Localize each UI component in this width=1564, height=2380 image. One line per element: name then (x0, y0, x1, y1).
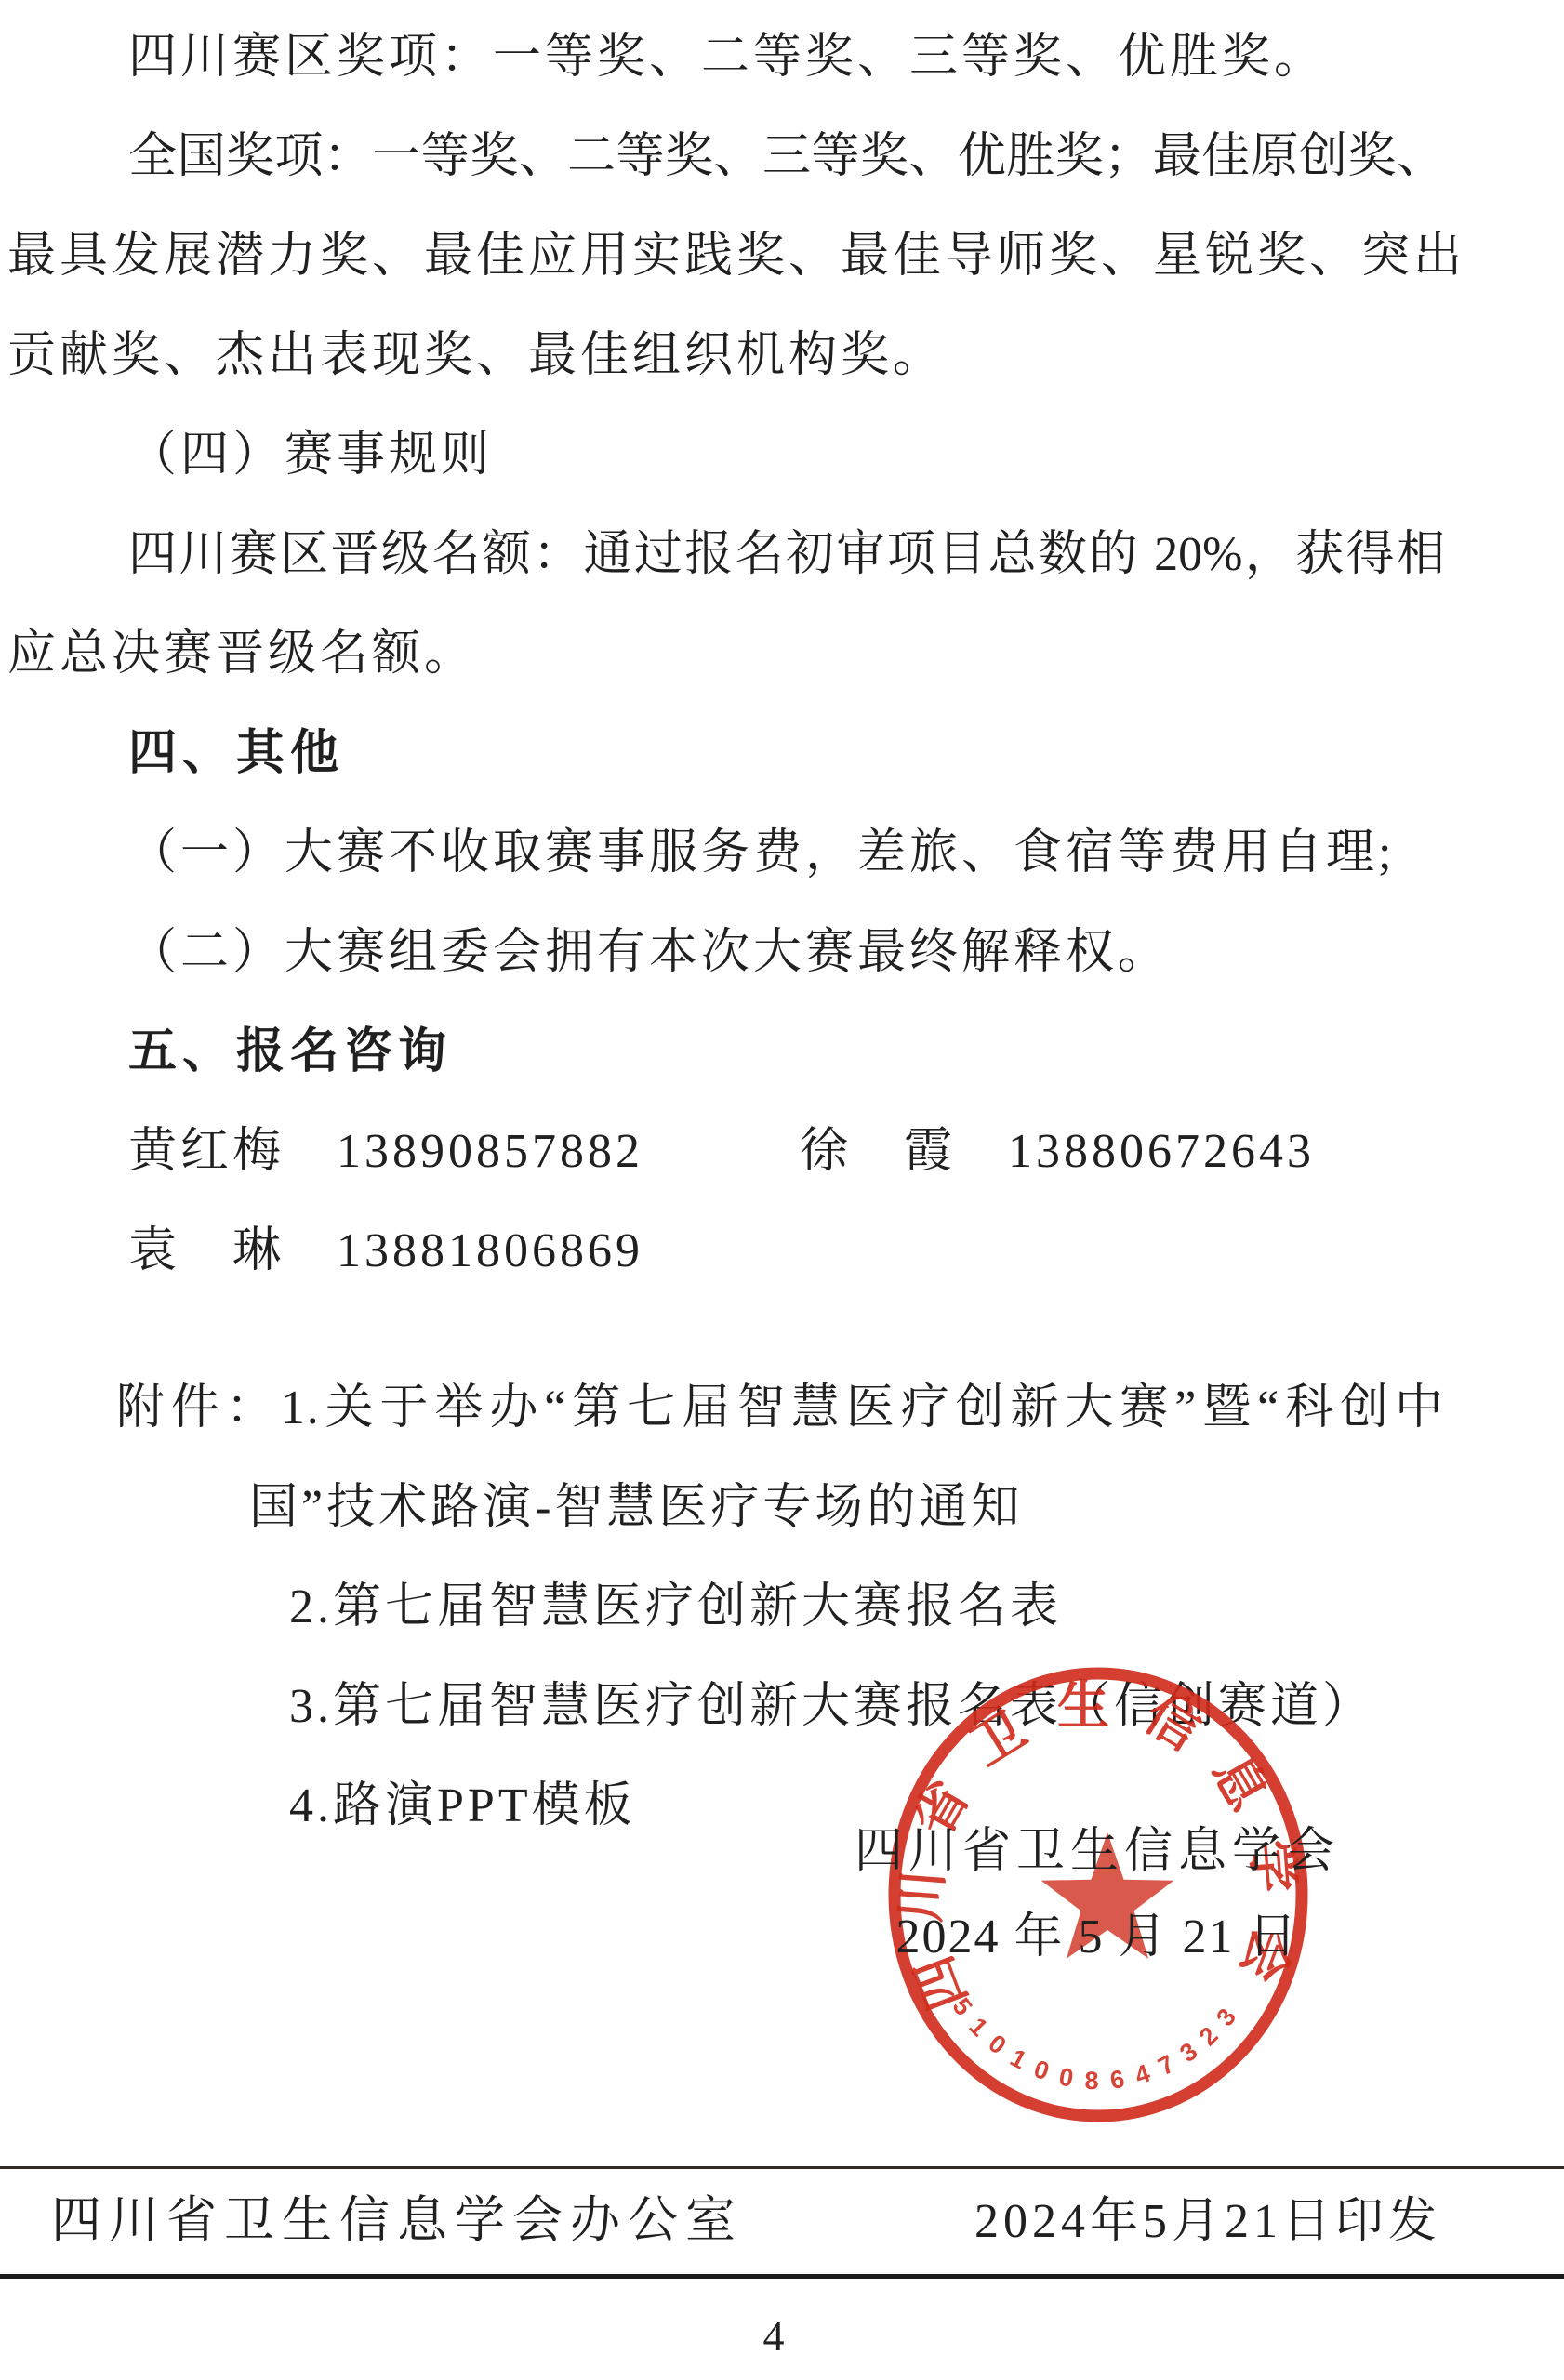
body-line: 贡献奖、杰出表现奖、最佳组织机构奖。 (7, 306, 1445, 405)
attachment-line: 国”技术路演-智慧医疗专场的通知 (7, 1458, 1445, 1557)
footer-print-date: 2024年5月21日印发 (974, 2180, 1441, 2264)
contact-line: 袁 琳 13881806869 (7, 1201, 1445, 1301)
signature-org: 四川省卫生信息学会 (842, 1807, 1353, 1897)
heading-others: 四、其他 (7, 704, 1445, 803)
page-number: 4 (0, 2311, 1547, 2360)
footer-rule-bottom (0, 2274, 1564, 2279)
section-heading-4: （四）赛事规则 (7, 405, 1445, 505)
body-line: 全国奖项：一等奖、二等奖、三等奖、优胜奖；最佳原创奖、 (7, 107, 1445, 206)
body-line: 最具发展潜力奖、最佳应用实践奖、最佳导师奖、星锐奖、突出 (7, 206, 1445, 306)
body-line: （二）大赛组委会拥有本次大赛最终解释权。 (7, 903, 1445, 1002)
signature-date: 2024 年 5 月 21 日 (842, 1893, 1353, 1982)
body-line: 四川赛区奖项：一等奖、二等奖、三等奖、优胜奖。 (7, 7, 1445, 107)
footer-office: 四川省卫生信息学会办公室 (51, 2178, 743, 2262)
document-page: 四川赛区奖项：一等奖、二等奖、三等奖、优胜奖。 全国奖项：一等奖、二等奖、三等奖… (0, 0, 1564, 2380)
attachment-line: 附件：1.关于举办“第七届智慧医疗创新大赛”暨“科创中 (7, 1358, 1445, 1458)
body-line: 应总决赛晋级名额。 (7, 604, 1445, 704)
body-line: 四川赛区晋级名额：通过报名初审项目总数的 20%，获得相 (7, 505, 1445, 604)
body-text-block: 四川赛区奖项：一等奖、二等奖、三等奖、优胜奖。 全国奖项：一等奖、二等奖、三等奖… (7, 7, 1445, 1301)
contact-line: 黄红梅 13890857882 徐 霞 13880672643 (7, 1102, 1445, 1201)
body-line: （一）大赛不收取赛事服务费，差旅、食宿等费用自理; (7, 803, 1445, 903)
attachment-line: 2.第七届智慧医疗创新大赛报名表 (7, 1557, 1445, 1657)
footer-rule-top (0, 2166, 1564, 2169)
heading-registration-consult: 五、报名咨询 (7, 1002, 1445, 1102)
